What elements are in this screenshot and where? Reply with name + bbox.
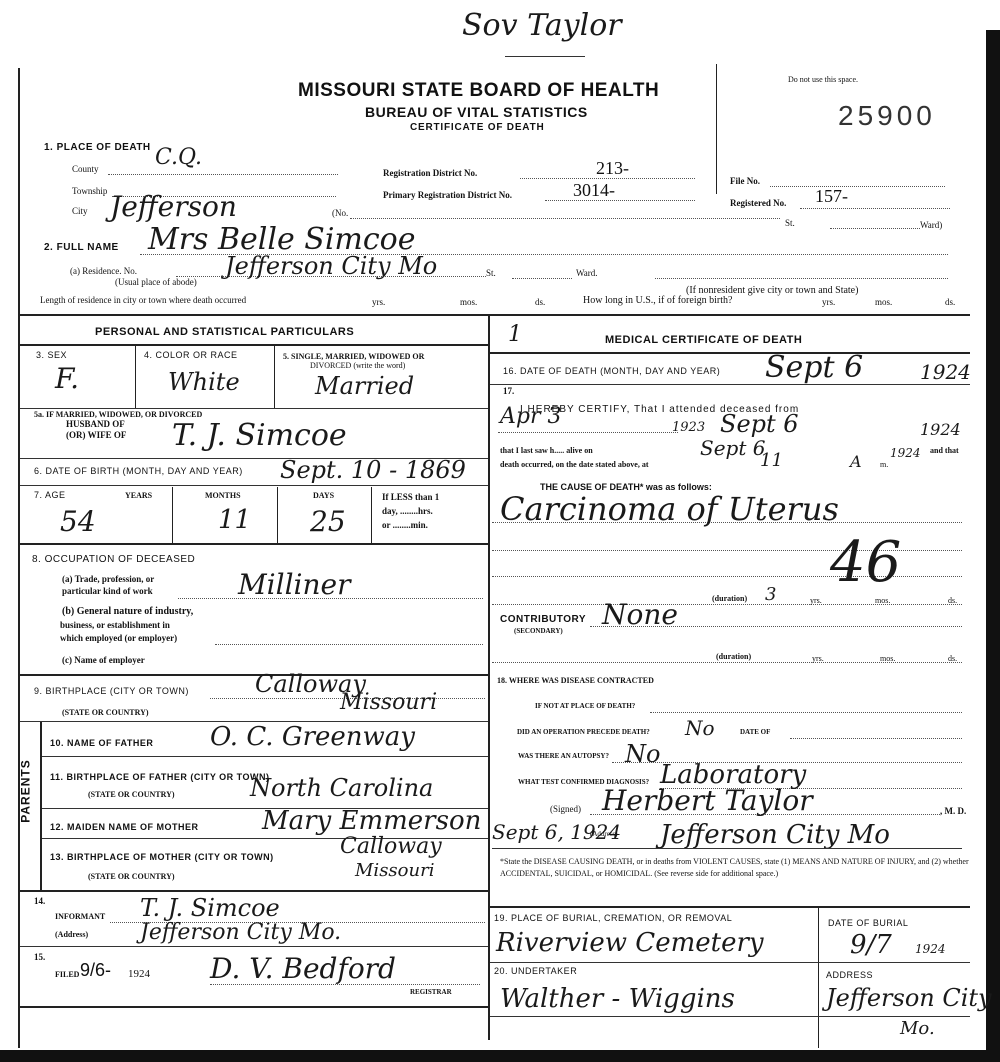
less-than-label: If LESS than 1 bbox=[382, 492, 439, 502]
date-of-line bbox=[790, 738, 962, 739]
dod-value: Sept 6 bbox=[765, 350, 863, 385]
undertaker-address-label: ADDRESS bbox=[826, 970, 873, 980]
certificate-title: CERTIFICATE OF DEATH bbox=[410, 122, 545, 133]
duration-yrs-label: yrs. bbox=[810, 596, 822, 605]
registrar-label: REGISTRAR bbox=[410, 988, 452, 996]
age-days-label: DAYS bbox=[313, 491, 334, 500]
row-rule-20 bbox=[490, 1016, 970, 1017]
length-yrs: yrs. bbox=[372, 297, 385, 307]
county-label: County bbox=[72, 164, 99, 174]
occ-b-line bbox=[215, 644, 483, 645]
father-birth-value: North Carolina bbox=[250, 774, 433, 802]
parents-vertical-label: PARENTS bbox=[19, 759, 33, 822]
signed-value: Herbert Taylor bbox=[602, 784, 813, 817]
burial-label: 19. PLACE OF BURIAL, CREMATION, OR REMOV… bbox=[494, 913, 732, 923]
row-rule-13 bbox=[20, 890, 488, 892]
city-label: City bbox=[72, 206, 88, 216]
nonresident-line bbox=[655, 278, 948, 279]
age-months-label: MONTHS bbox=[205, 491, 241, 500]
medical-section-title: MEDICAL CERTIFICATE OF DEATH bbox=[605, 334, 802, 346]
informant-address-label: (Address) bbox=[55, 930, 88, 939]
township-label: Township bbox=[72, 186, 107, 196]
autopsy-value: No bbox=[625, 740, 660, 768]
undertaker-address-value: Jefferson City bbox=[826, 984, 992, 1012]
age-label: 7. AGE bbox=[34, 490, 66, 500]
age-years-value: 54 bbox=[60, 505, 96, 538]
duration-ds-label: ds. bbox=[948, 596, 957, 605]
contrib-duration-label: (duration) bbox=[716, 652, 751, 661]
burial-date-value: 9/7 bbox=[850, 930, 892, 960]
attended-from-line bbox=[498, 432, 678, 433]
duration-line bbox=[492, 604, 962, 605]
death-ampm-value: A bbox=[850, 452, 862, 471]
not-place-line bbox=[650, 712, 962, 713]
registered-no-value: 157- bbox=[815, 186, 848, 207]
ward-label: Ward) bbox=[920, 220, 942, 230]
length-mos: mos. bbox=[460, 297, 477, 307]
physician-address-value: Jefferson City Mo bbox=[660, 820, 890, 850]
dod-label: 16. DATE OF DEATH (MONTH, DAY AND YEAR) bbox=[503, 366, 720, 376]
physician-address-label: (Address) bbox=[590, 830, 618, 838]
marital-label: 5. SINGLE, MARRIED, WIDOWED OR bbox=[283, 352, 424, 361]
informant-label: INFORMANT bbox=[55, 912, 105, 921]
occupation-label: 8. OCCUPATION OF DECEASED bbox=[32, 554, 195, 565]
cause-code: 46 bbox=[830, 530, 901, 595]
informant-num: 14. bbox=[34, 896, 45, 906]
father-birth-state-label: (STATE OR COUNTRY) bbox=[88, 790, 175, 799]
occ-c-label: (c) Name of employer bbox=[62, 655, 145, 665]
occ-b-label-3: which employed (or employer) bbox=[60, 633, 177, 643]
age-years-label: YEARS bbox=[125, 491, 152, 500]
attended-from-year: 1923 bbox=[672, 420, 705, 435]
section-divider-top bbox=[18, 314, 970, 316]
informant-address-value: Jefferson City Mo. bbox=[140, 920, 341, 945]
primary-reg-label: Primary Registration District No. bbox=[383, 190, 512, 200]
row-rule-7 bbox=[20, 543, 488, 545]
residence-ward-label: Ward. bbox=[576, 268, 598, 278]
personal-title-rule bbox=[20, 344, 488, 346]
primary-reg-value: 3014- bbox=[573, 180, 615, 201]
sex-value: F. bbox=[55, 362, 79, 395]
filed-value: 9/6- bbox=[80, 960, 111, 981]
informant-value: T. J. Simcoe bbox=[140, 894, 280, 922]
age-div-3 bbox=[371, 487, 372, 543]
duration-yrs-value: 3 bbox=[765, 584, 776, 605]
occ-a-label-2: particular kind of work bbox=[62, 586, 153, 596]
city-value: Jefferson bbox=[110, 190, 237, 223]
length-residence-label: Length of residence in city or town wher… bbox=[40, 295, 246, 305]
undertaker-address-value-2: Mo. bbox=[900, 1018, 935, 1039]
cert-num: 17. bbox=[503, 386, 514, 396]
occ-b-label: (b) General nature of industry, bbox=[62, 606, 193, 617]
disease-contracted-label: 18. WHERE WAS DISEASE CONTRACTED bbox=[497, 676, 654, 685]
reg-district-label: Registration District No. bbox=[383, 168, 477, 178]
last-saw-year: 1924 bbox=[890, 446, 921, 460]
occ-a-value: Milliner bbox=[238, 568, 350, 601]
file-no-line bbox=[770, 186, 945, 187]
mother-value: Mary Emmerson bbox=[262, 806, 481, 836]
filed-label: FILED bbox=[55, 970, 79, 979]
county-line bbox=[108, 174, 338, 175]
residence-ward-line bbox=[512, 278, 572, 279]
residence-label: (a) Residence. No. bbox=[70, 266, 137, 276]
registered-no-label: Registered No. bbox=[730, 198, 786, 208]
operation-label: DID AN OPERATION PRECEDE DEATH? bbox=[517, 728, 650, 736]
father-label: 10. NAME OF FATHER bbox=[50, 738, 153, 748]
mother-birth-city: Calloway bbox=[340, 834, 442, 859]
personal-section-title: PERSONAL AND STATISTICAL PARTICULARS bbox=[95, 326, 354, 338]
street-line bbox=[350, 218, 780, 219]
signed-label: (Signed) bbox=[550, 804, 581, 814]
row-rule-8 bbox=[20, 674, 488, 676]
burial-value: Riverview Cemetery bbox=[496, 928, 764, 958]
contributory-label: CONTRIBUTORY bbox=[500, 614, 586, 625]
ward-line bbox=[830, 228, 920, 229]
birthplace-state: Missouri bbox=[340, 690, 437, 715]
residence-st-label: St. bbox=[486, 268, 496, 278]
us-yrs: yrs. bbox=[822, 297, 835, 307]
spouse-value: T. J. Simcoe bbox=[172, 418, 347, 453]
race-label: 4. COLOR OR RACE bbox=[144, 350, 238, 360]
header-divider bbox=[716, 64, 717, 194]
contrib-ds-label: ds. bbox=[948, 654, 957, 663]
birthplace-state-label: (STATE OR COUNTRY) bbox=[62, 708, 149, 717]
residence-value: Jefferson City Mo bbox=[225, 252, 437, 280]
sex-label: 3. SEX bbox=[36, 350, 67, 360]
and-that-label: and that bbox=[930, 446, 959, 455]
right-border bbox=[986, 30, 1000, 1062]
row-rule-18 bbox=[490, 906, 970, 908]
duration-label: (duration) bbox=[712, 594, 747, 603]
attended-from-value: Apr 3 bbox=[500, 404, 561, 429]
dob-label: 6. DATE OF BIRTH (MONTH, DAY AND YEAR) bbox=[34, 466, 243, 476]
spouse-label-3: (OR) WIFE OF bbox=[66, 430, 126, 440]
dod-year: 1924 bbox=[920, 360, 971, 384]
bottom-border bbox=[0, 1050, 1000, 1062]
m-label: m. bbox=[880, 460, 888, 469]
undertaker-label: 20. UNDERTAKER bbox=[494, 966, 577, 976]
operation-value: No bbox=[685, 716, 715, 740]
stamp-number: 25900 bbox=[838, 100, 936, 132]
row-rule-19 bbox=[490, 962, 970, 963]
father-birth-label: 11. BIRTHPLACE OF FATHER (CITY OR TOWN) bbox=[50, 772, 270, 782]
contrib-yrs-label: yrs. bbox=[812, 654, 824, 663]
date-of-label: DATE OF bbox=[740, 728, 770, 736]
primary-reg-line bbox=[545, 200, 695, 201]
file-no-label: File No. bbox=[730, 176, 760, 186]
parents-divider bbox=[40, 722, 42, 890]
attended-to-value: Sept 6 bbox=[720, 410, 799, 438]
occ-b-label-2: business, or establishment in bbox=[60, 620, 170, 630]
residence-sublabel: (Usual place of abode) bbox=[115, 277, 197, 287]
filed-num: 15. bbox=[34, 952, 45, 962]
medical-mark: 1 bbox=[508, 322, 522, 347]
signature-underline bbox=[505, 56, 585, 57]
contributory-value: None bbox=[602, 598, 678, 631]
address-rule bbox=[492, 848, 962, 849]
mother-label: 12. MAIDEN NAME OF MOTHER bbox=[50, 822, 199, 832]
marital-label-2: DIVORCED (write the word) bbox=[310, 361, 405, 370]
dob-value: Sept. 10 - 1869 bbox=[280, 456, 466, 484]
row-rule-3 bbox=[20, 408, 488, 409]
us-mos: mos. bbox=[875, 297, 892, 307]
death-time-value: 11 bbox=[760, 450, 783, 471]
last-saw-value: Sept 6 bbox=[700, 436, 765, 460]
race-value: White bbox=[168, 368, 240, 396]
race-divider bbox=[274, 346, 275, 408]
contrib-mos-label: mos. bbox=[880, 654, 895, 663]
mother-birth-state: Missouri bbox=[355, 860, 434, 881]
father-value: O. C. Greenway bbox=[210, 722, 415, 752]
birthplace-label: 9. BIRTHPLACE (CITY OR TOWN) bbox=[34, 686, 189, 696]
occ-a-label: (a) Trade, profession, or bbox=[62, 574, 154, 584]
undertaker-value: Walther - Wiggins bbox=[500, 984, 735, 1014]
burial-divider bbox=[818, 908, 819, 1048]
row-rule-6 bbox=[20, 485, 488, 486]
length-ds: ds. bbox=[535, 297, 545, 307]
top-signature: Sov Taylor bbox=[462, 8, 622, 43]
row-rule-15 bbox=[20, 1006, 488, 1008]
place-of-death-label: 1. PLACE OF DEATH bbox=[44, 142, 151, 153]
spouse-label-2: HUSBAND OF bbox=[66, 419, 125, 429]
not-place-label: IF NOT AT PLACE OF DEATH? bbox=[535, 702, 635, 710]
mother-birth-label: 13. BIRTHPLACE OF MOTHER (CITY OR TOWN) bbox=[50, 852, 274, 862]
column-divider bbox=[488, 316, 490, 1040]
reg-district-value: 213- bbox=[596, 158, 629, 179]
violent-causes-footnote: *State the DISEASE CAUSING DEATH, or in … bbox=[500, 856, 970, 880]
no-label: (No. bbox=[332, 208, 348, 218]
us-ds: ds. bbox=[945, 297, 955, 307]
burial-year: 1924 bbox=[915, 942, 946, 956]
age-div-2 bbox=[277, 487, 278, 543]
age-div-1 bbox=[172, 487, 173, 543]
bureau-title: BUREAU OF VITAL STATISTICS bbox=[365, 104, 588, 120]
medical-title-rule bbox=[490, 352, 970, 354]
form-title: MISSOURI STATE BOARD OF HEALTH bbox=[298, 80, 659, 102]
row-rule-14 bbox=[20, 946, 488, 947]
sex-divider bbox=[135, 346, 136, 408]
left-border bbox=[18, 68, 20, 1048]
md-label: , M. D. bbox=[940, 806, 966, 816]
last-saw-label: that I last saw h..... alive on bbox=[500, 446, 593, 455]
mother-birth-state-label: (STATE OR COUNTRY) bbox=[88, 872, 175, 881]
marital-value: Married bbox=[315, 372, 414, 400]
burial-date-label: DATE OF BURIAL bbox=[828, 918, 908, 928]
attended-to-year: 1924 bbox=[920, 420, 961, 439]
how-long-us-label: How long in U.S., if of foreign birth? bbox=[583, 295, 732, 306]
registrar-value: D. V. Bedford bbox=[210, 952, 396, 985]
st-label: St. bbox=[785, 218, 795, 228]
death-occurred-label: death occurred, on the date stated above… bbox=[500, 460, 649, 469]
age-months-value: 11 bbox=[218, 505, 251, 535]
registered-no-line bbox=[800, 208, 950, 209]
less-day-label: day, ........hrs. bbox=[382, 506, 433, 516]
county-value: C.Q. bbox=[155, 145, 202, 170]
duration-mos-label: mos. bbox=[875, 596, 890, 605]
age-days-value: 25 bbox=[310, 505, 346, 538]
cause-value: Carcinoma of Uterus bbox=[500, 490, 839, 528]
row-rule-10 bbox=[42, 756, 488, 757]
row-rule-16 bbox=[490, 384, 970, 385]
filed-year: 1924 bbox=[128, 968, 150, 980]
contributory-sub: (SECONDARY) bbox=[514, 627, 563, 635]
full-name-label: 2. FULL NAME bbox=[44, 242, 119, 253]
autopsy-label: WAS THERE AN AUTOPSY? bbox=[518, 752, 609, 760]
do-not-use-note: Do not use this space. bbox=[788, 75, 858, 84]
less-min-label: or ........min. bbox=[382, 520, 428, 530]
